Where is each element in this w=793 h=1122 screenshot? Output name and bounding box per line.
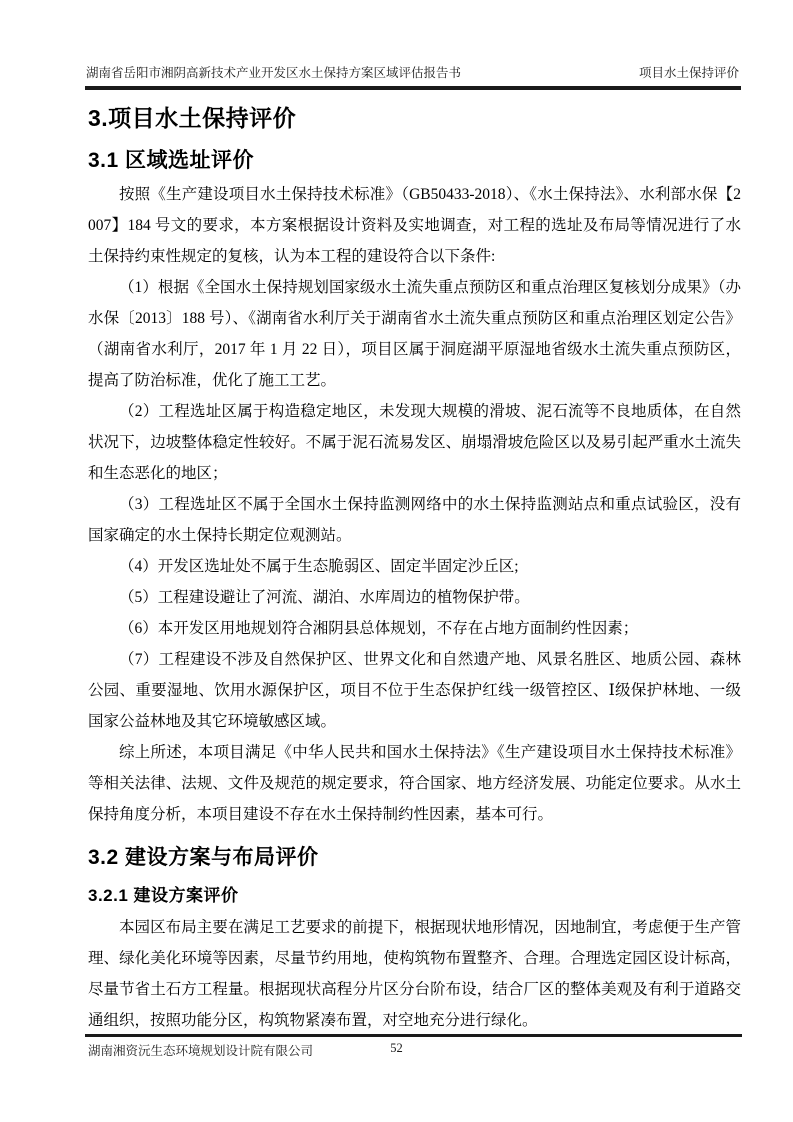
paragraph-intro: 按照《生产建设项目水土保持技术标准》（GB50433-2018）、《水土保持法》… xyxy=(88,179,741,272)
paragraph-item-5: （5）工程建设避让了河流、湖泊、水库周边的植物保护带。 xyxy=(88,582,741,613)
paragraph-item-1: （1）根据《全国水土保持规划国家级水土流失重点预防区和重点治理区复核划分成果》（… xyxy=(88,272,741,396)
section-3-1-heading: 3.1 区域选址评价 xyxy=(88,146,741,176)
section-3-2-1-heading: 3.2.1 建设方案评价 xyxy=(88,882,741,909)
paragraph-item-2: （2）工程选址区属于构造稳定地区，未发现大规模的滑坡、泥石流等不良地质体，在自然… xyxy=(88,396,741,489)
page-number: 52 xyxy=(0,1041,793,1056)
page-content: 湖南省岳阳市湘阴高新技术产业开发区水土保持方案区域评估报告书 项目水土保持评价 … xyxy=(0,0,793,1036)
paragraph-item-3: （3）工程选址区不属于全国水土保持监测网络中的水土保持监测站点和重点试验区，没有… xyxy=(88,489,741,551)
paragraph-item-7: （7）工程建设不涉及自然保护区、世界文化和自然遗产地、风景名胜区、地质公园、森林… xyxy=(88,644,741,737)
document-page: 湖南省岳阳市湘阴高新技术产业开发区水土保持方案区域评估报告书 项目水土保持评价 … xyxy=(0,0,793,1122)
page-header: 湖南省岳阳市湘阴高新技术产业开发区水土保持方案区域评估报告书 项目水土保持评价 xyxy=(86,63,741,86)
paragraph-item-4: （4）开发区选址处不属于生态脆弱区、固定半固定沙丘区; xyxy=(88,551,741,582)
page-footer: 湖南湘资沅生态环境规划设计院有限公司 52 xyxy=(0,1034,793,1059)
footer-rule xyxy=(85,1034,742,1037)
chapter-title: 3.项目水土保持评价 xyxy=(88,103,741,133)
paragraph-layout-plan: 本园区布局主要在满足工艺要求的前提下，根据现状地形情况，因地制宜，考虑便于生产管… xyxy=(88,912,741,1036)
section-3-2-heading: 3.2 建设方案与布局评价 xyxy=(88,843,741,873)
paragraph-item-6: （6）本开发区用地规划符合湘阴县总体规划，不存在占地方面制约性因素； xyxy=(88,613,741,644)
header-section-title: 项目水土保持评价 xyxy=(639,63,739,81)
header-report-title: 湖南省岳阳市湘阴高新技术产业开发区水土保持方案区域评估报告书 xyxy=(86,63,461,81)
paragraph-conclusion: 综上所述，本项目满足《中华人民共和国水土保持法》《生产建设项目水土保持技术标准》… xyxy=(88,737,741,830)
footer-row: 湖南湘资沅生态环境规划设计院有限公司 52 xyxy=(0,1041,793,1059)
header-rule xyxy=(85,86,741,90)
